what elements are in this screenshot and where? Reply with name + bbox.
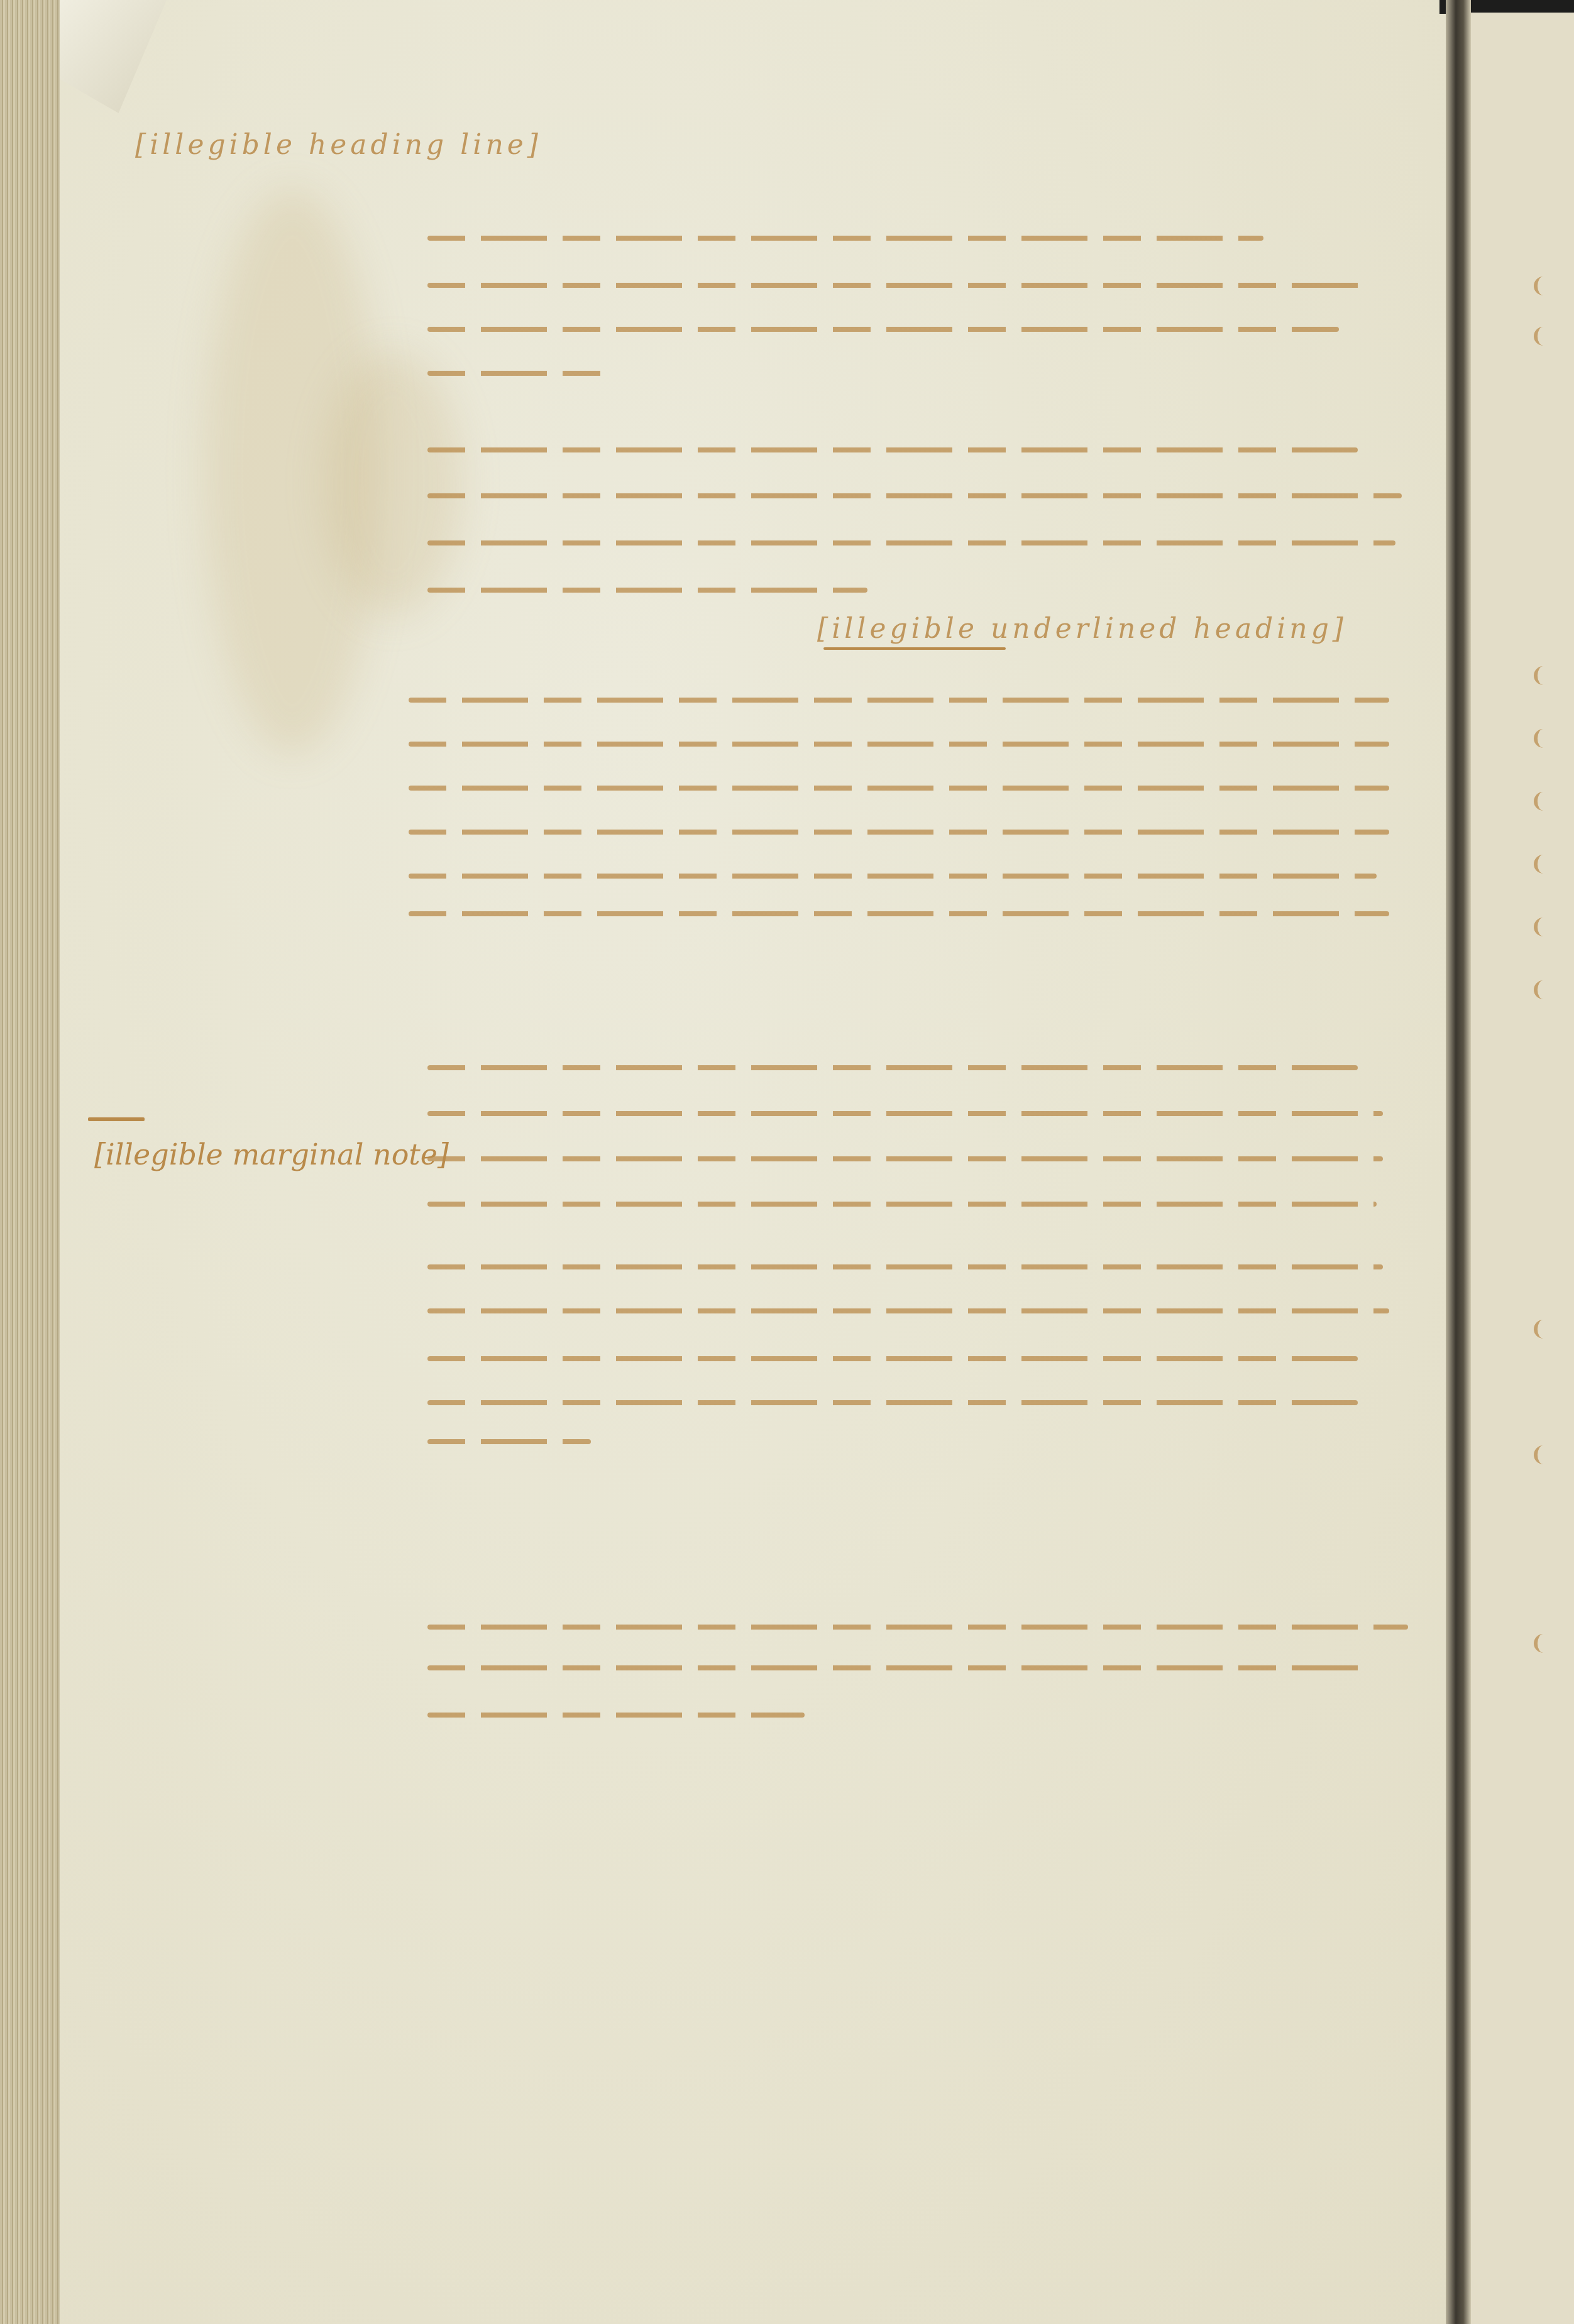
facing-page-text [1534,792,1574,811]
facing-page [1471,13,1574,2324]
text-line [427,1156,1383,1161]
facing-page-text [1534,855,1574,874]
text-line [427,447,1358,452]
facing-page-text [1534,327,1574,346]
facing-page-text [1534,729,1574,748]
text-line [409,786,1389,791]
text-line [427,1202,1377,1207]
book-page-edges [0,0,69,2324]
facing-page-text [1534,1445,1574,1464]
text-line [427,1665,1370,1670]
text-line [427,1439,591,1444]
text-line [427,236,1263,241]
text-line [427,1111,1383,1116]
heading-underline [823,647,1006,650]
section-heading: [illegible underlined heading] [817,613,1347,640]
text-line [427,1713,805,1718]
text-line [427,1400,1358,1405]
text-line [427,540,1395,545]
text-line [427,1065,1358,1070]
text-line [427,1356,1358,1361]
text-line [409,911,1389,916]
facing-page-text [1534,1320,1574,1339]
margin-note: [illegible marginal note] [94,1137,449,1171]
text-line [409,698,1389,703]
facing-page-text [1534,918,1574,936]
opening-heading: [illegible heading line] [135,129,542,156]
text-line [427,327,1339,332]
text-line [409,742,1389,747]
text-line [427,1308,1389,1313]
water-stain [324,352,462,616]
text-line [427,588,867,593]
margin-mark [88,1117,145,1121]
text-line [427,1625,1408,1630]
facing-page-text [1534,1634,1574,1653]
text-line [409,830,1389,835]
book-gutter [1446,0,1471,2324]
text-line [427,283,1370,288]
text-line [409,874,1377,879]
facing-page-text [1534,666,1574,685]
text-line [427,493,1402,498]
facing-page-text [1534,980,1574,999]
text-line [427,1264,1383,1269]
facing-page-text [1534,277,1574,295]
text-line [427,371,616,376]
